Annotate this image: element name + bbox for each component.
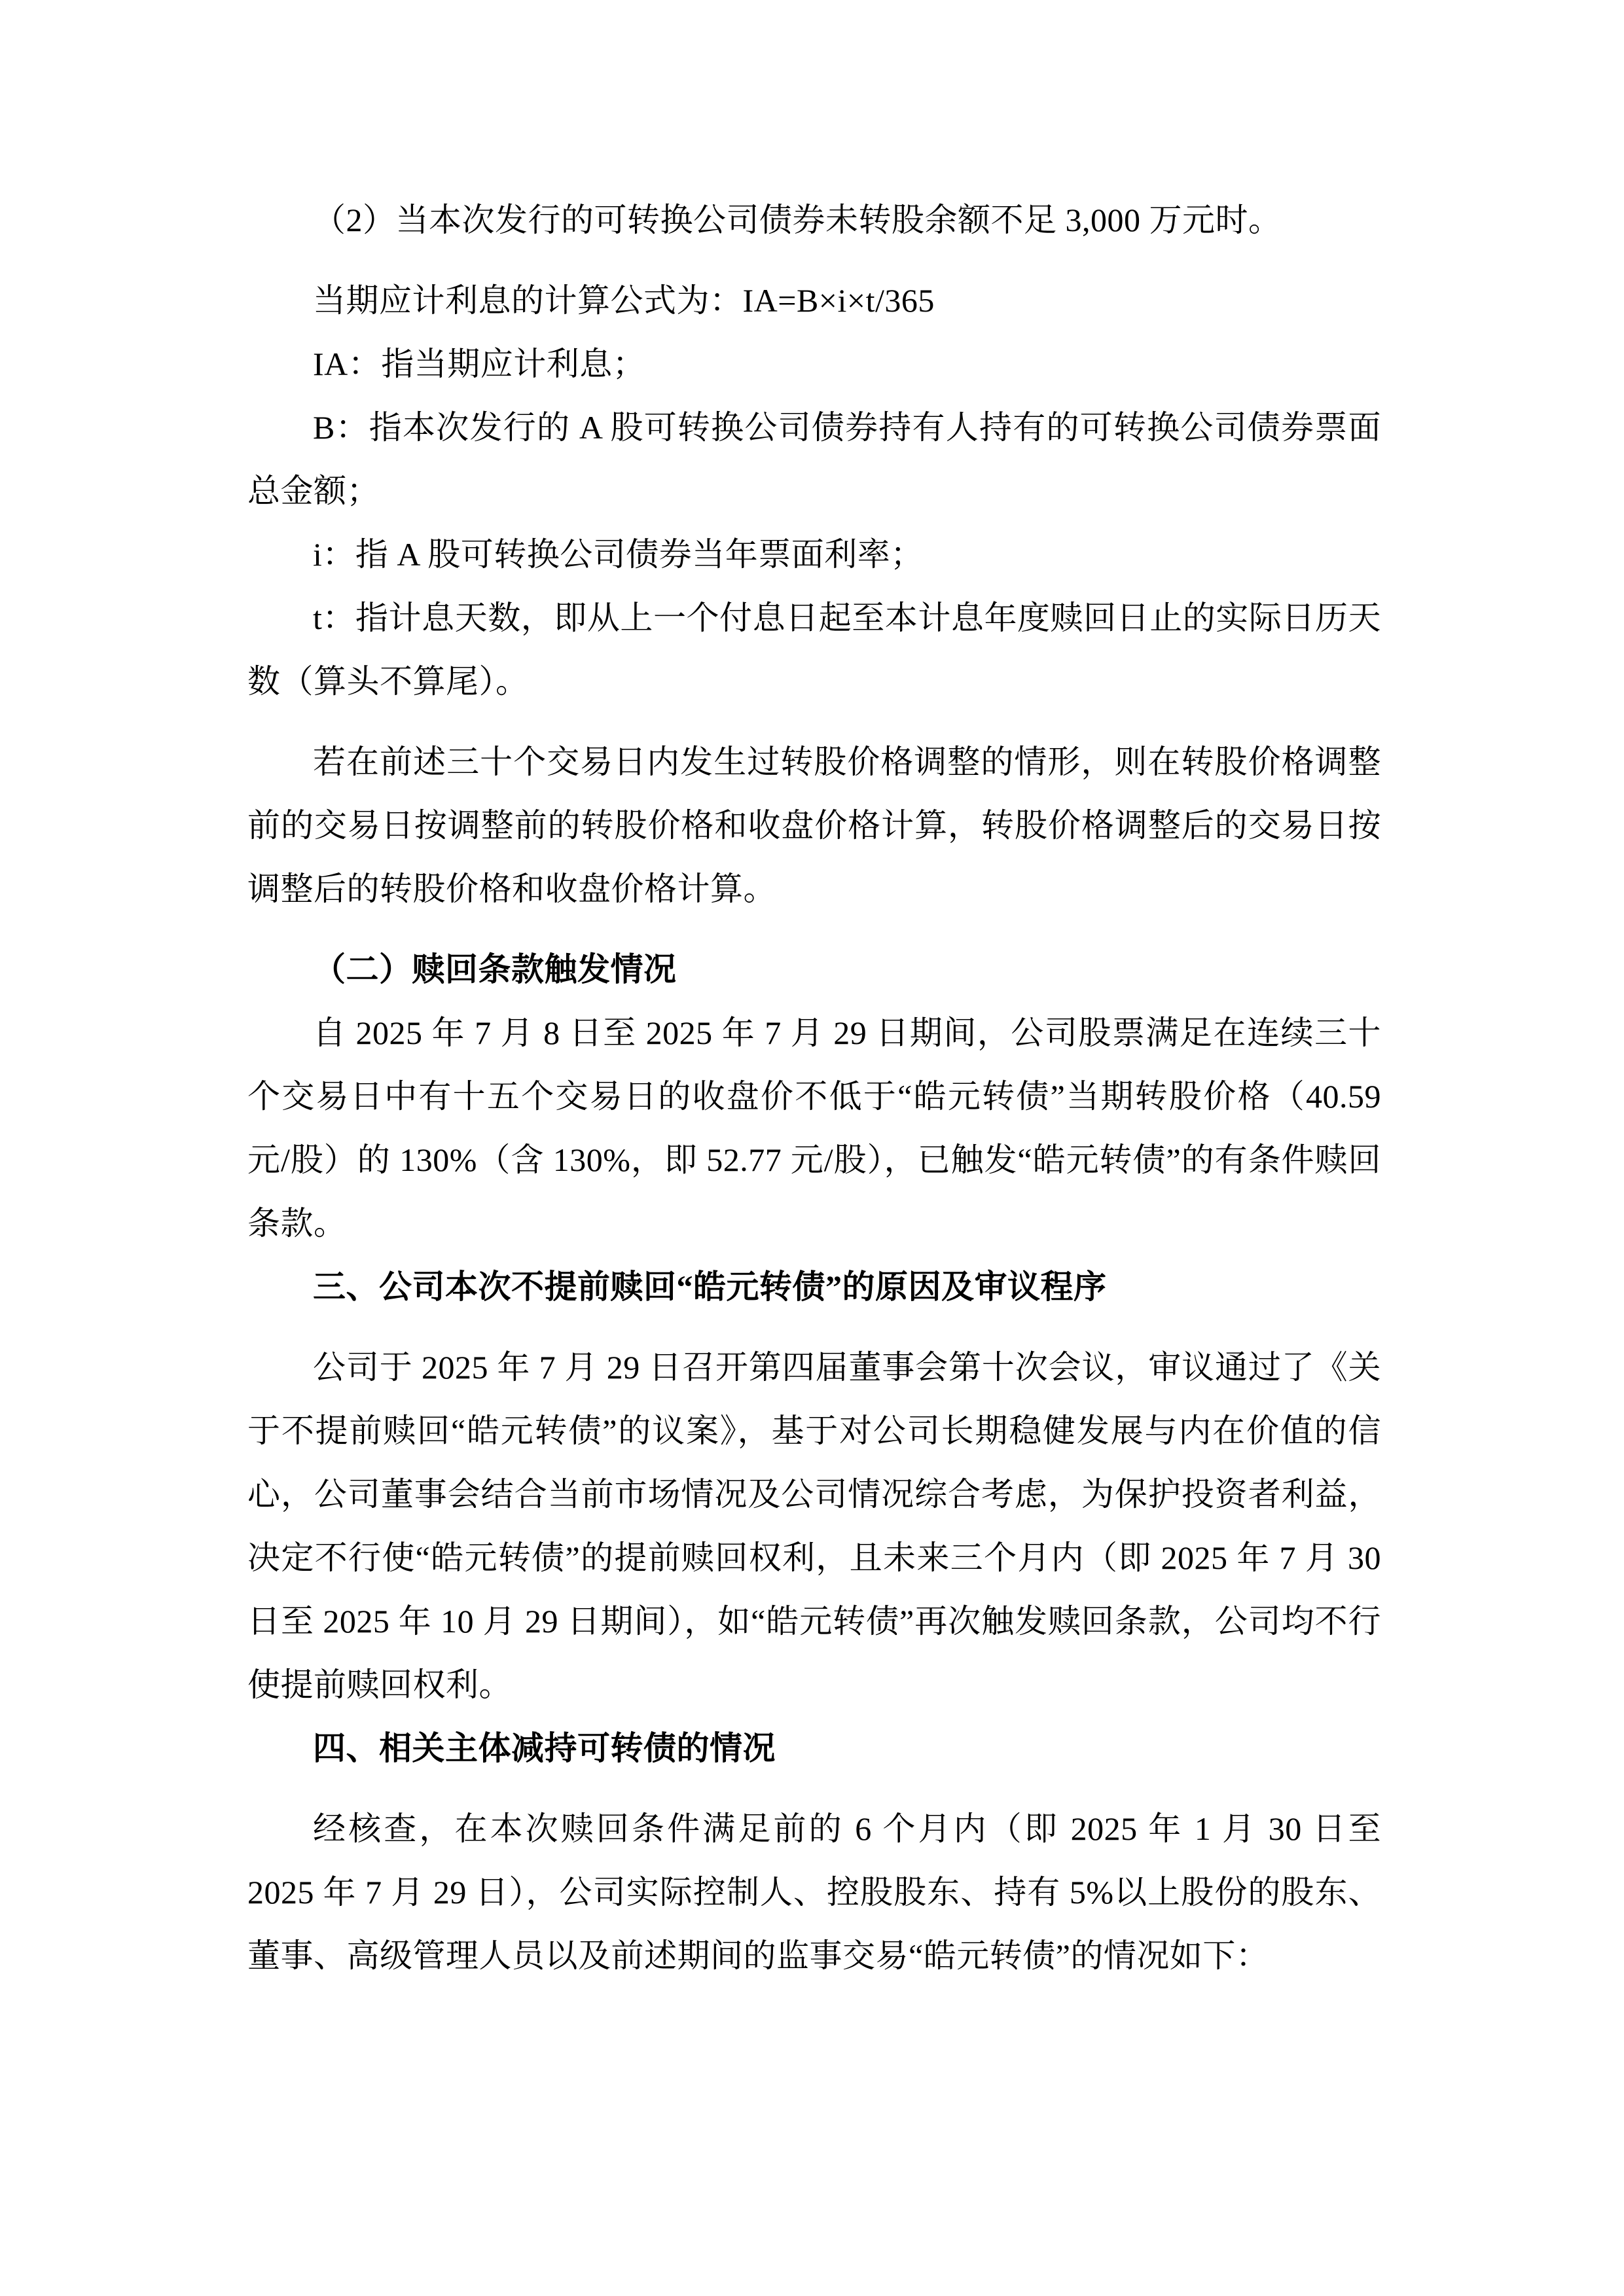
- paragraph-def-i: i：指 A 股可转换公司债券当年票面利率；: [247, 523, 1381, 586]
- paragraph-price-adjustment: 若在前述三十个交易日内发生过转股价格调整的情形，则在转股价格调整前的交易日按调整…: [247, 730, 1381, 921]
- paragraph-trigger-details: 自 2025 年 7 月 8 日至 2025 年 7 月 29 日期间，公司股票…: [247, 1001, 1381, 1255]
- paragraph-interest-formula: 当期应计利息的计算公式为：IA=B×i×t/365: [247, 269, 1381, 332]
- document-page: （2）当本次发行的可转换公司债券未转股余额不足 3,000 万元时。 当期应计利…: [0, 0, 1624, 2296]
- paragraph-def-t: t：指计息天数，即从上一个付息日起至本计息年度赎回日止的实际日历天数（算头不算尾…: [247, 586, 1381, 713]
- paragraph-condition-2: （2）当本次发行的可转换公司债券未转股余额不足 3,000 万元时。: [247, 188, 1381, 252]
- paragraph-board-resolution: 公司于 2025 年 7 月 29 日召开第四届董事会第十次会议，审议通过了《关…: [247, 1336, 1381, 1717]
- paragraph-def-b: B：指本次发行的 A 股可转换公司债券持有人持有的可转换公司债券票面总金额；: [247, 396, 1381, 523]
- section-heading-bond-reduction: 四、相关主体减持可转债的情况: [247, 1717, 1381, 1780]
- document-body: （2）当本次发行的可转换公司债券未转股余额不足 3,000 万元时。 当期应计利…: [247, 188, 1381, 1988]
- paragraph-verification: 经核查，在本次赎回条件满足前的 6 个月内（即 2025 年 1 月 30 日至…: [247, 1797, 1381, 1988]
- section-heading-redemption-trigger: （二）赎回条款触发情况: [247, 938, 1381, 1001]
- paragraph-def-ia: IA：指当期应计利息；: [247, 332, 1381, 396]
- section-heading-no-early-redemption: 三、公司本次不提前赎回“皓元转债”的原因及审议程序: [247, 1255, 1381, 1319]
